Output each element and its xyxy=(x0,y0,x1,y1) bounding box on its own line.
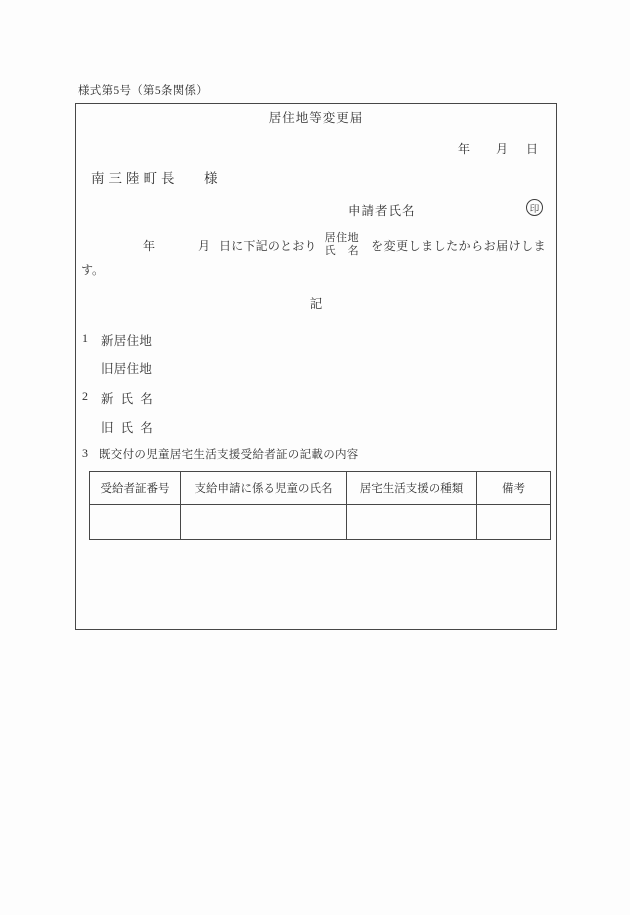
body-suffix: を変更しましたからお届けしま xyxy=(371,237,546,254)
item-1-label: 新居住地 xyxy=(101,331,152,349)
table-header-row: 受給者証番号 支給申請に係る児童の氏名 居宅生活支援の種類 備考 xyxy=(90,472,551,505)
header-date-month-label: 月 xyxy=(496,140,508,157)
table-row xyxy=(90,505,551,540)
stack-bottom-label: 氏 名 xyxy=(325,245,360,259)
table-header-support-type: 居宅生活支援の種類 xyxy=(347,472,477,505)
item-3-number: 3 xyxy=(82,446,88,461)
item-1-sublabel: 旧居住地 xyxy=(101,359,152,377)
body-month-label: 月 xyxy=(198,237,210,254)
change-target-stack: 居住地 氏 名 xyxy=(325,232,360,259)
addressee-honorific: 様 xyxy=(204,167,218,187)
body-sentence: 年 月 日に下記のとおり 居住地 氏 名 を変更しましたからお届けしま xyxy=(143,230,546,260)
addressee-name: 南三陸町長 xyxy=(91,167,179,187)
header-date-year-label: 年 xyxy=(458,140,470,157)
document-page: { "document": { "form_number": "様式第5号（第5… xyxy=(0,0,630,915)
table-cell-certificate-number xyxy=(90,505,181,540)
body-day-phrase: 日に下記のとおり xyxy=(219,237,317,254)
form-number-label: 様式第5号（第5条関係） xyxy=(78,82,208,98)
record-heading: 記 xyxy=(76,294,556,312)
item-2-number: 2 xyxy=(82,389,88,404)
body-sentence-continuation: す。 xyxy=(81,261,104,278)
applicant-name-label: 申請者氏名 xyxy=(348,201,416,219)
table-cell-child-name xyxy=(181,505,347,540)
body-year-label: 年 xyxy=(143,237,155,254)
item-2-sublabel: 旧 氏 名 xyxy=(101,418,155,436)
item-1-number: 1 xyxy=(82,331,88,346)
seal-icon: 印 xyxy=(526,199,543,216)
item-2-label: 新 氏 名 xyxy=(101,389,155,407)
recipient-certificate-table: 受給者証番号 支給申請に係る児童の氏名 居宅生活支援の種類 備考 xyxy=(89,471,551,540)
table-header-remarks: 備考 xyxy=(477,472,551,505)
table-header-certificate-number: 受給者証番号 xyxy=(90,472,181,505)
seal-character: 印 xyxy=(530,201,540,215)
table-cell-support-type xyxy=(347,505,477,540)
item-3-label: 既交付の児童居宅生活支援受給者証の記載の内容 xyxy=(99,446,359,462)
stack-top-label: 居住地 xyxy=(325,232,360,246)
form-frame: 居住地等変更届 年 月 日 南三陸町長 様 申請者氏名 印 年 月 日に下記のと… xyxy=(75,103,557,630)
table-header-child-name: 支給申請に係る児童の氏名 xyxy=(181,472,347,505)
table-cell-remarks xyxy=(477,505,551,540)
header-date-day-label: 日 xyxy=(526,140,538,157)
form-title: 居住地等変更届 xyxy=(76,108,556,126)
